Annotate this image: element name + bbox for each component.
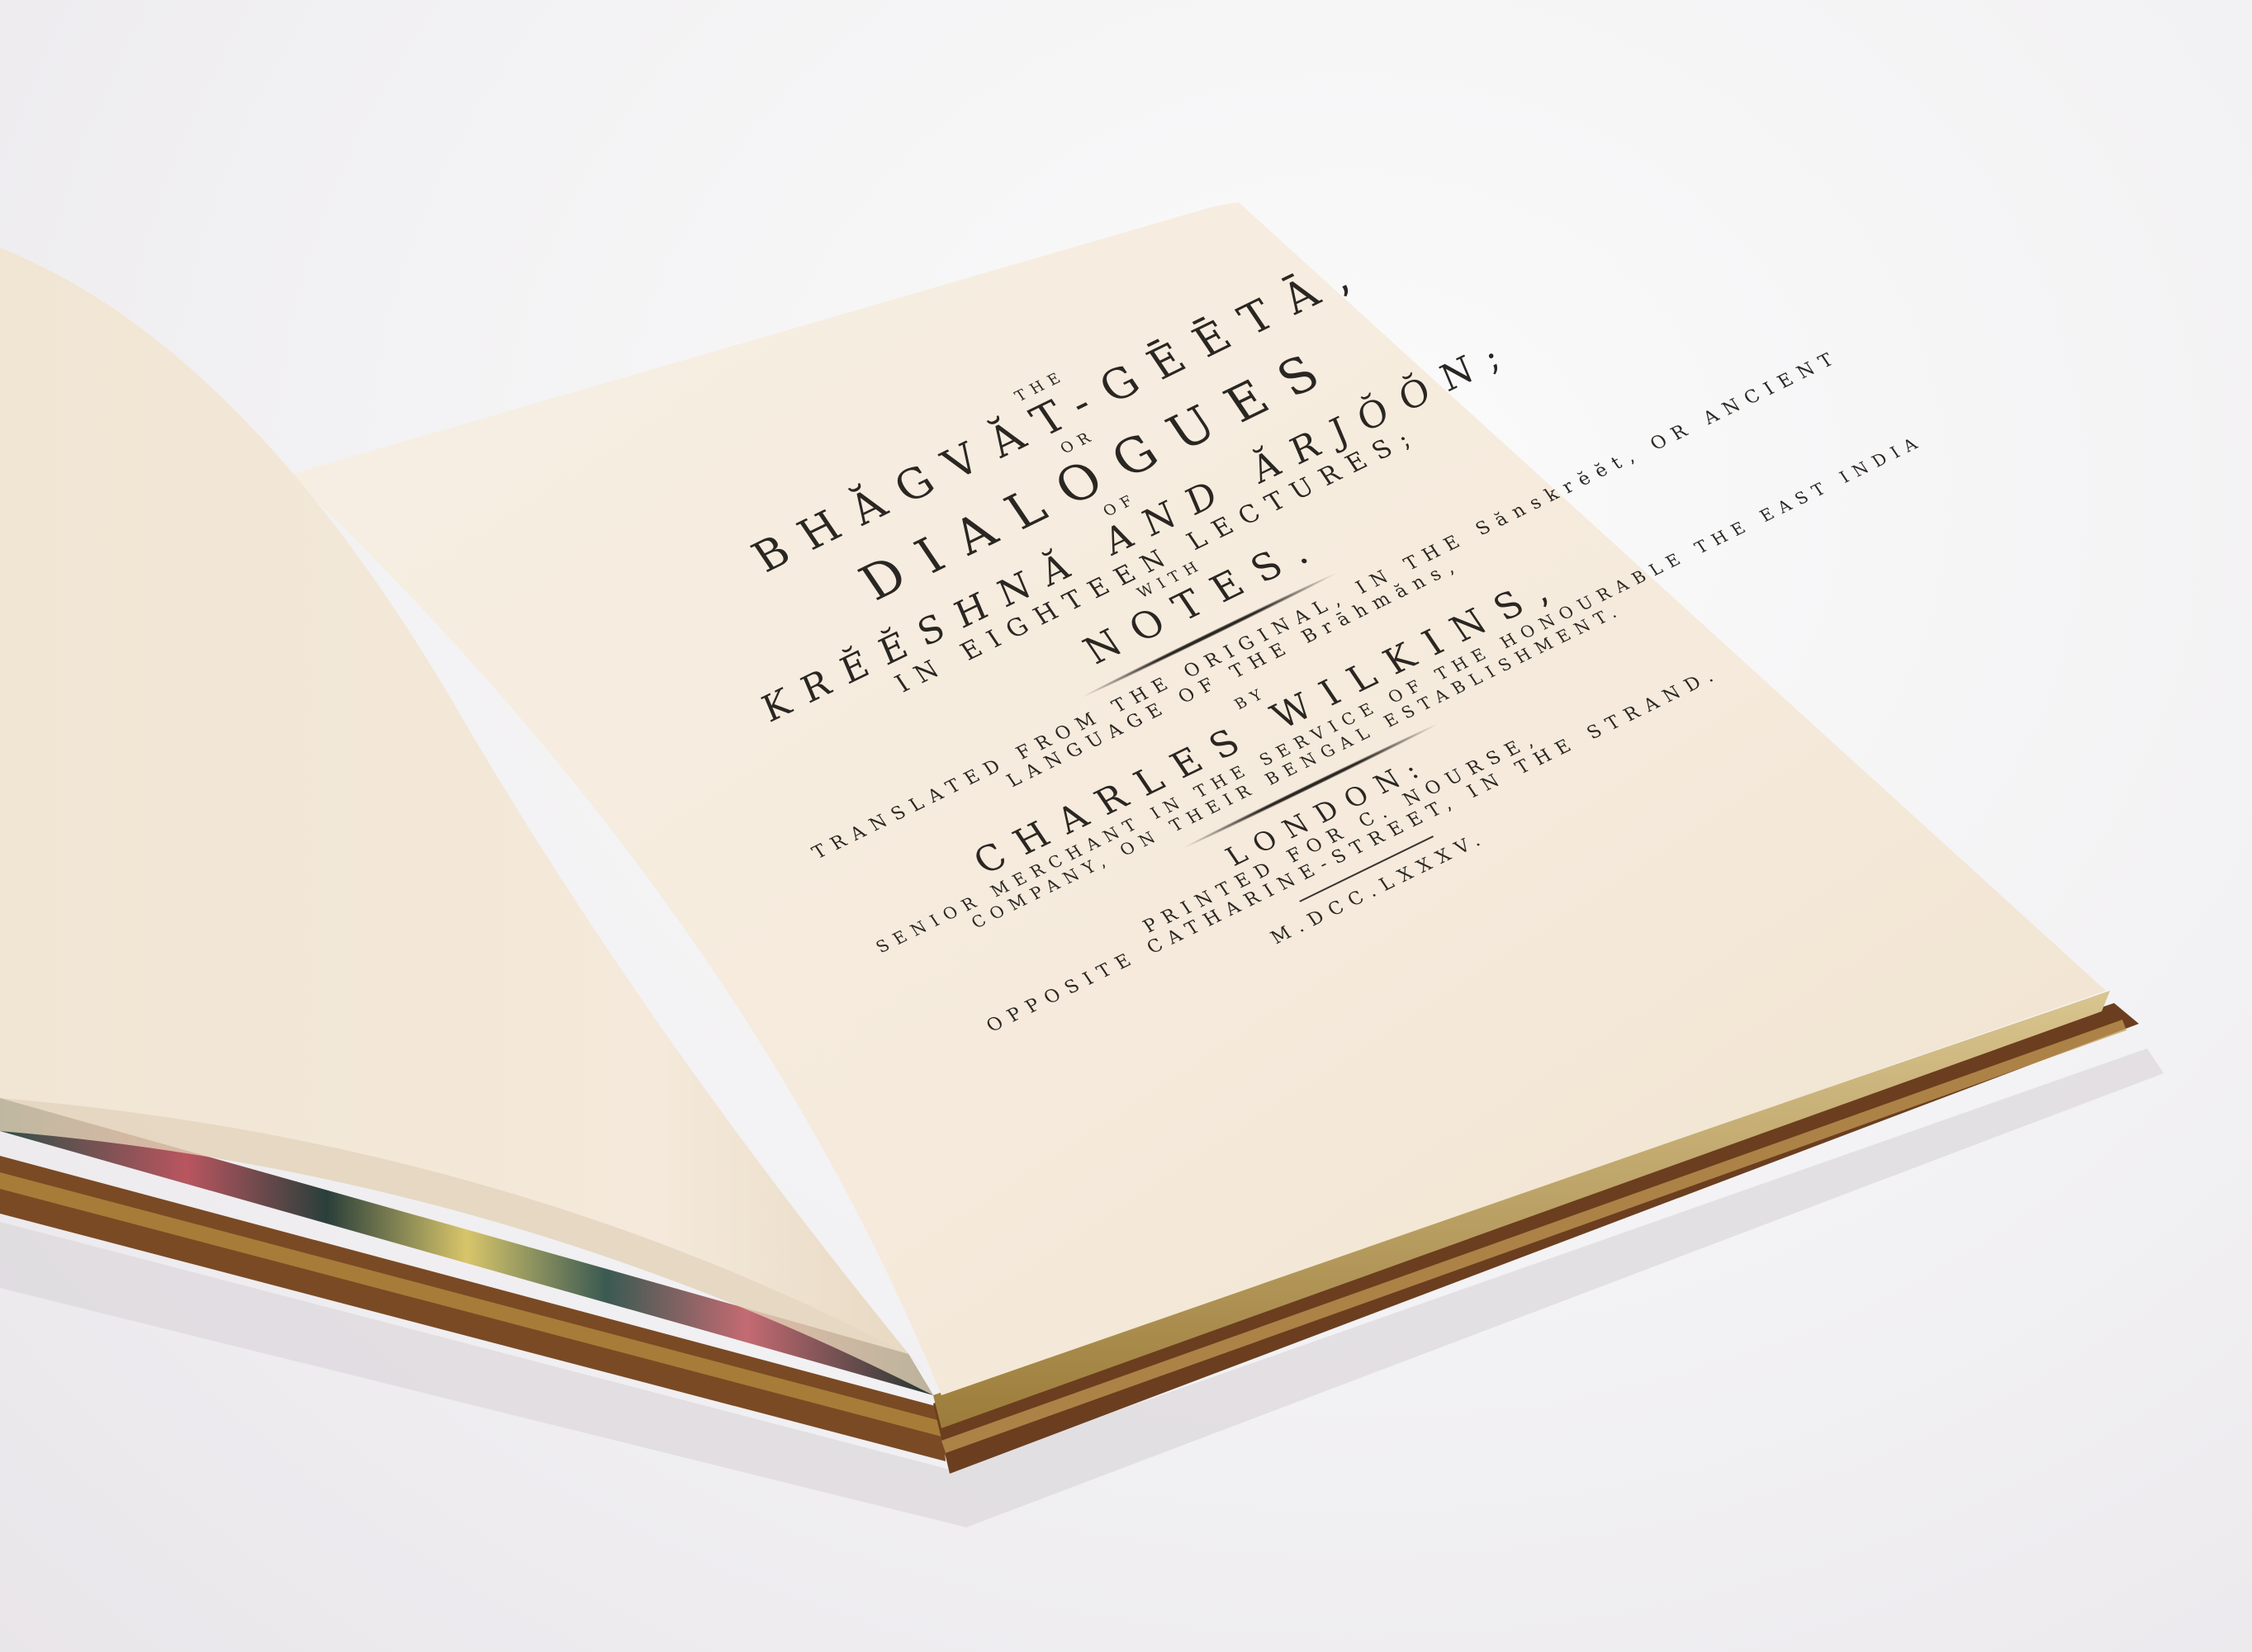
book-illustration <box>0 0 2252 1652</box>
